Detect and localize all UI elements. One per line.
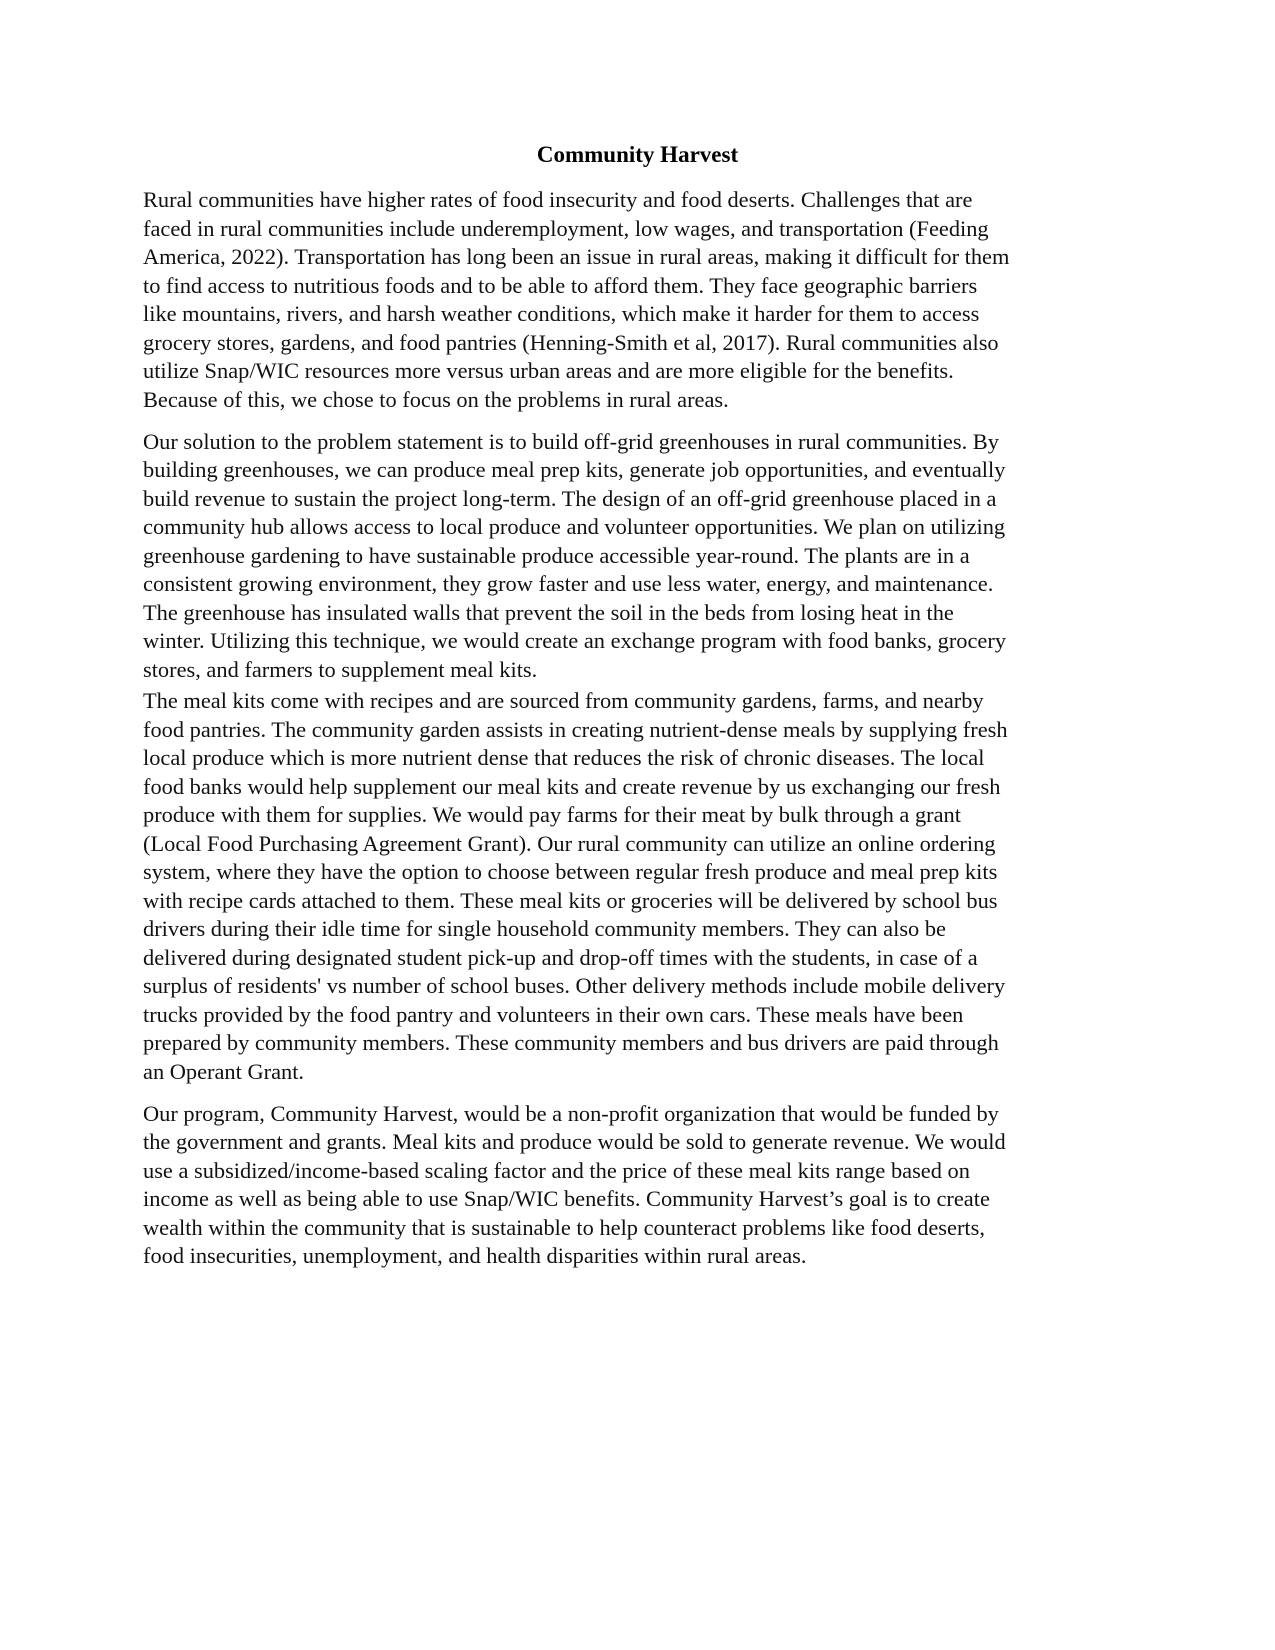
text-line: delivered during designated student pick… xyxy=(143,944,1068,973)
text-line: system, where they have the option to ch… xyxy=(143,858,1068,887)
text-line: like mountains, rivers, and harsh weathe… xyxy=(143,300,1068,329)
document-body: Rural communities have higher rates of f… xyxy=(143,186,1068,1271)
text-line: with recipe cards attached to them. Thes… xyxy=(143,887,1068,916)
text-line: build revenue to sustain the project lon… xyxy=(143,485,1068,514)
text-line: (Local Food Purchasing Agreement Grant).… xyxy=(143,830,1068,859)
text-line: winter. Utilizing this technique, we wou… xyxy=(143,627,1068,656)
text-line: an Operant Grant. xyxy=(143,1058,1068,1087)
text-line: local produce which is more nutrient den… xyxy=(143,744,1068,773)
text-line: food pantries. The community garden assi… xyxy=(143,716,1068,745)
document-page: Community Harvest Rural communities have… xyxy=(0,0,1275,1650)
text-line: food insecurities, unemployment, and hea… xyxy=(143,1242,1068,1271)
text-line: building greenhouses, we can produce mea… xyxy=(143,456,1068,485)
text-line: community hub allows access to local pro… xyxy=(143,513,1068,542)
paragraph-meal-kits: The meal kits come with recipes and are … xyxy=(143,687,1068,1086)
text-line: use a subsidized/income-based scaling fa… xyxy=(143,1157,1068,1186)
text-line: drivers during their idle time for singl… xyxy=(143,915,1068,944)
text-line: America, 2022). Transportation has long … xyxy=(143,243,1068,272)
text-line: The meal kits come with recipes and are … xyxy=(143,687,1068,716)
paragraph-rural-challenges: Rural communities have higher rates of f… xyxy=(143,186,1068,414)
text-line: stores, and farmers to supplement meal k… xyxy=(143,656,1068,685)
paragraph-spacer xyxy=(143,414,1068,428)
document-title: Community Harvest xyxy=(0,141,1275,169)
text-line: wealth within the community that is sust… xyxy=(143,1214,1068,1243)
text-line: income as well as being able to use Snap… xyxy=(143,1185,1068,1214)
paragraph-spacer xyxy=(143,1086,1068,1100)
text-line: to find access to nutritious foods and t… xyxy=(143,272,1068,301)
text-line: the government and grants. Meal kits and… xyxy=(143,1128,1068,1157)
paragraph-greenhouse-solution: Our solution to the problem statement is… xyxy=(143,428,1068,685)
text-line: Our solution to the problem statement is… xyxy=(143,428,1068,457)
text-line: consistent growing environment, they gro… xyxy=(143,570,1068,599)
text-line: grocery stores, gardens, and food pantri… xyxy=(143,329,1068,358)
text-line: Because of this, we chose to focus on th… xyxy=(143,386,1068,415)
text-line: food banks would help supplement our mea… xyxy=(143,773,1068,802)
text-line: The greenhouse has insulated walls that … xyxy=(143,599,1068,628)
text-line: faced in rural communities include under… xyxy=(143,215,1068,244)
text-line: Our program, Community Harvest, would be… xyxy=(143,1100,1068,1129)
paragraph-program-summary: Our program, Community Harvest, would be… xyxy=(143,1100,1068,1271)
text-line: trucks provided by the food pantry and v… xyxy=(143,1001,1068,1030)
text-line: greenhouse gardening to have sustainable… xyxy=(143,542,1068,571)
text-line: utilize Snap/WIC resources more versus u… xyxy=(143,357,1068,386)
text-line: Rural communities have higher rates of f… xyxy=(143,186,1068,215)
text-line: prepared by community members. These com… xyxy=(143,1029,1068,1058)
text-line: surplus of residents' vs number of schoo… xyxy=(143,972,1068,1001)
text-line: produce with them for supplies. We would… xyxy=(143,801,1068,830)
